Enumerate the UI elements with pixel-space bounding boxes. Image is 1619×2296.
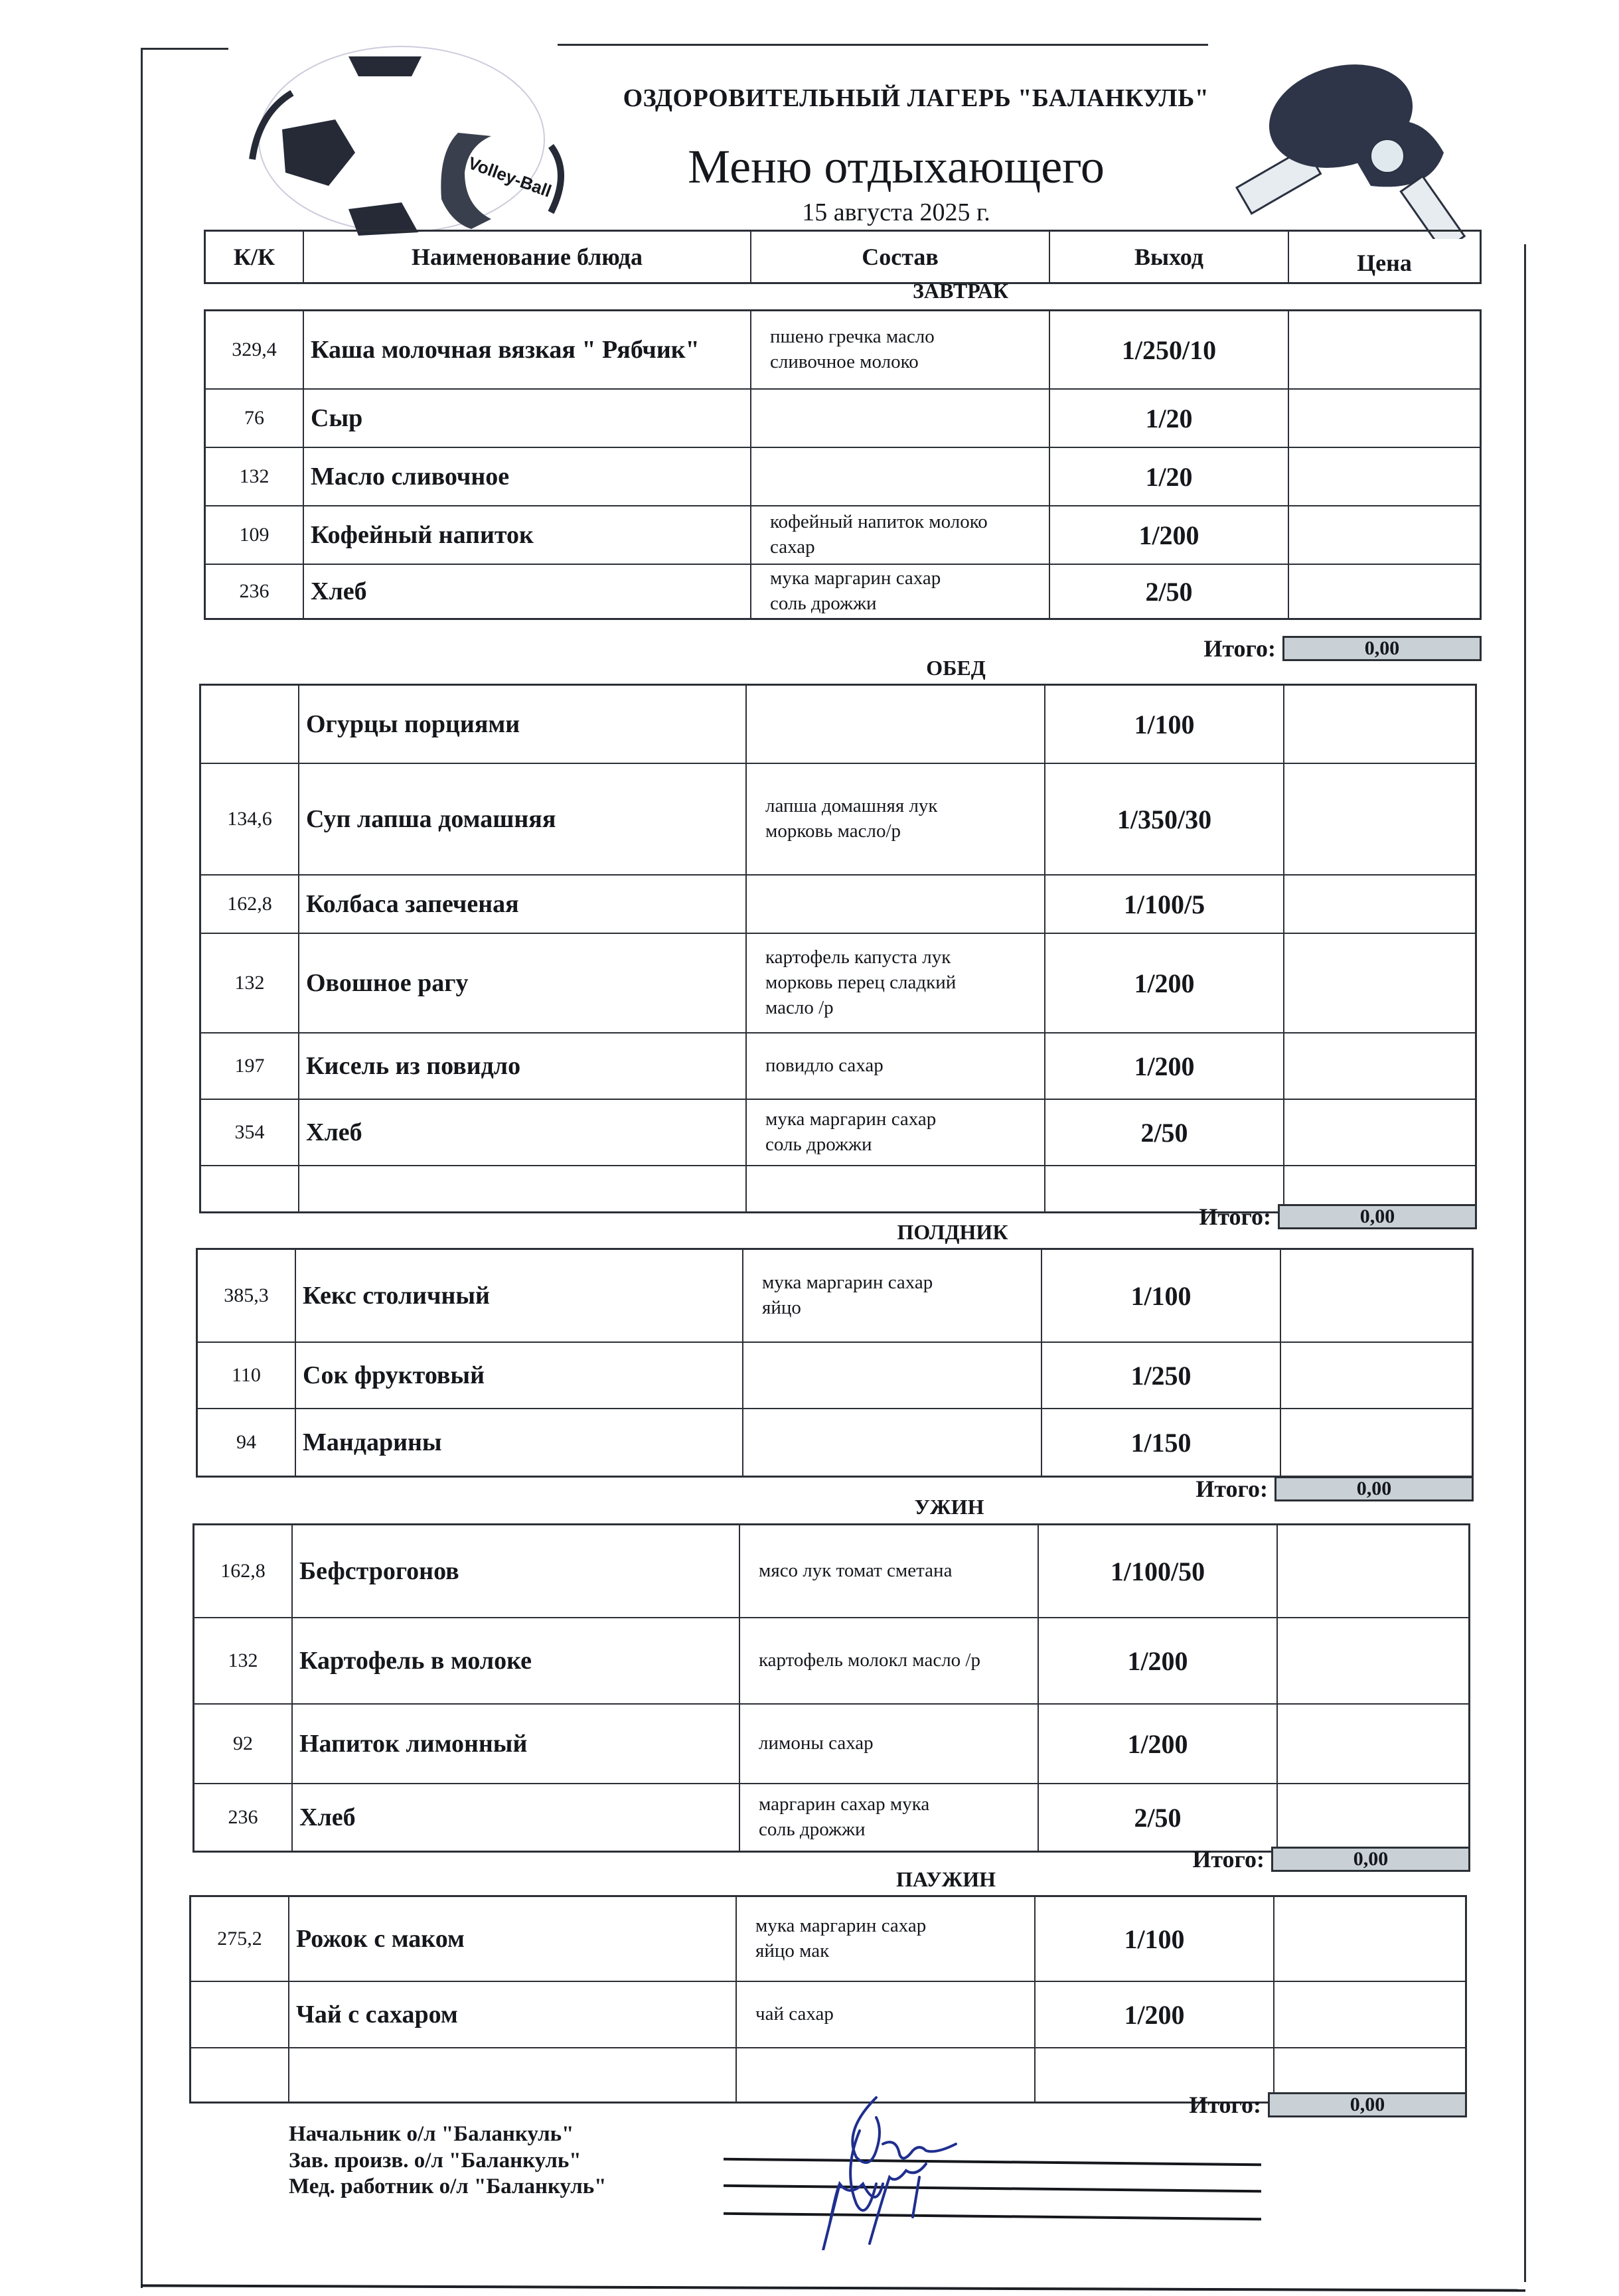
dish-price <box>1278 1784 1468 1851</box>
dish-composition: мясо лук томат сметана <box>740 1525 1039 1617</box>
total-label: Итого: <box>1162 2091 1268 2119</box>
page-title: Меню отдыхающего <box>597 139 1195 194</box>
table-row: 385,3Кекс столичныймука маргарин сахар я… <box>198 1250 1472 1343</box>
dish-composition: мука маргарин сахар соль дрожжи <box>747 1100 1045 1165</box>
total-value: 0,00 <box>1268 2092 1467 2117</box>
handwritten-signature-icon <box>783 2091 1082 2250</box>
table-row: 236Хлебмаргарин сахар мука соль дрожжи2/… <box>194 1784 1468 1851</box>
dish-code: 329,4 <box>206 311 304 388</box>
meal-section-title: ЗАВТРАК <box>861 279 1060 303</box>
page-frame-top <box>142 48 228 50</box>
dish-yield: 1/100/5 <box>1045 876 1284 933</box>
meal-table: 385,3Кекс столичныймука маргарин сахар я… <box>196 1248 1474 1478</box>
dish-name: Огурцы порциями <box>299 686 747 763</box>
dish-yield: 1/250/10 <box>1050 311 1289 388</box>
dish-yield: 1/100 <box>1042 1250 1281 1341</box>
signature-role-medic: Мед. работник о/л "Баланкуль" <box>289 2174 607 2200</box>
dish-name: Бефстрогонов <box>293 1525 740 1617</box>
dish-composition <box>743 1409 1042 1476</box>
ping-pong-paddles-icon <box>1231 53 1484 239</box>
dish-price <box>1281 1343 1472 1408</box>
page-frame-left <box>141 48 143 2288</box>
signature-block: Начальник о/л "Баланкуль" Зав. произв. о… <box>289 2121 607 2200</box>
dish-yield: 1/350/30 <box>1045 764 1284 874</box>
dish-code <box>201 686 299 763</box>
dish-yield: 1/200 <box>1045 1033 1284 1099</box>
table-row: 134,6Суп лапша домашняялапша домашняя лу… <box>201 764 1475 876</box>
dish-name: Сок фруктовый <box>296 1343 743 1408</box>
dish-code: 354 <box>201 1100 299 1165</box>
meal-section-title: УЖИН <box>850 1495 1049 1519</box>
table-row: 275,2Рожок с макоммука маргарин сахар яй… <box>191 1897 1465 1982</box>
dish-composition: мука маргарин сахар соль дрожжи <box>751 565 1050 618</box>
dish-name <box>289 2048 737 2102</box>
dish-name: Хлеб <box>299 1100 747 1165</box>
dish-composition <box>747 686 1045 763</box>
dish-name: Мандарины <box>296 1409 743 1476</box>
soccer-volleyball-logo-icon: Volley-Ball <box>239 40 597 239</box>
column-header-yield: Выход <box>1050 232 1289 282</box>
table-row: 197Кисель из повидлоповидло сахар1/200 <box>201 1033 1475 1100</box>
dish-price <box>1284 764 1475 874</box>
dish-code: 236 <box>206 565 304 618</box>
dish-name: Суп лапша домашняя <box>299 764 747 874</box>
dish-name: Кисель из повидло <box>299 1033 747 1099</box>
dish-price <box>1281 1250 1472 1341</box>
dish-code: 132 <box>206 448 304 505</box>
table-row: 354Хлебмука маргарин сахар соль дрожжи2/… <box>201 1100 1475 1166</box>
table-row: 236Хлебмука маргарин сахар соль дрожжи2/… <box>206 565 1480 618</box>
dish-price <box>1274 1982 1465 2047</box>
dish-price <box>1289 448 1480 505</box>
meal-total: Итого:0,00 <box>1176 635 1482 662</box>
dish-name: Каша молочная вязкая " Рябчик" <box>304 311 751 388</box>
dish-yield: 1/100 <box>1045 686 1284 763</box>
table-row: 76Сыр1/20 <box>206 390 1480 448</box>
dish-price <box>1278 1618 1468 1703</box>
dish-code: 94 <box>198 1409 296 1476</box>
dish-code: 109 <box>206 506 304 564</box>
total-label: Итого: <box>1168 1475 1274 1503</box>
dish-yield: 2/50 <box>1045 1100 1284 1165</box>
dish-yield: 1/200 <box>1039 1705 1278 1783</box>
dish-name <box>299 1166 747 1211</box>
dish-code: 132 <box>194 1618 293 1703</box>
meal-section-title: ОБЕД <box>856 656 1055 680</box>
dish-price <box>1289 390 1480 447</box>
dish-yield: 1/200 <box>1050 506 1289 564</box>
column-header-row: К/К Наименование блюда Состав Выход Цена <box>204 230 1482 284</box>
dish-yield: 2/50 <box>1039 1784 1278 1851</box>
dish-name: Хлеб <box>293 1784 740 1851</box>
dish-price <box>1281 1409 1472 1476</box>
dish-composition: мука маргарин сахар яйцо мак <box>737 1897 1036 1981</box>
table-row: 92Напиток лимонныйлимоны сахар1/200 <box>194 1705 1468 1784</box>
table-row: 162,8Бефстрогоновмясо лук томат сметана1… <box>194 1525 1468 1618</box>
dish-composition: кофейный напиток молоко сахар <box>751 506 1050 564</box>
dish-composition: пшено гречка масло сливочное молоко <box>751 311 1050 388</box>
camp-name: ОЗДОРОВИТЕЛЬНЫЙ ЛАГЕРЬ "БАЛАНКУЛЬ" <box>617 84 1215 113</box>
dish-code: 110 <box>198 1343 296 1408</box>
total-value: 0,00 <box>1274 1476 1474 1501</box>
dish-code <box>191 1982 289 2047</box>
dish-yield: 1/200 <box>1036 1982 1274 2047</box>
dish-name: Кофейный напиток <box>304 506 751 564</box>
table-row: 94Мандарины1/150 <box>198 1409 1472 1476</box>
total-value: 0,00 <box>1271 1847 1470 1872</box>
dish-price <box>1284 686 1475 763</box>
dish-name: Рожок с маком <box>289 1897 737 1981</box>
dish-yield: 2/50 <box>1050 565 1289 618</box>
dish-name: Чай с сахаром <box>289 1982 737 2047</box>
dish-price <box>1278 1705 1468 1783</box>
dish-name: Кекс столичный <box>296 1250 743 1341</box>
dish-composition <box>743 1343 1042 1408</box>
meal-table: 329,4Каша молочная вязкая " Рябчик"пшено… <box>204 309 1482 620</box>
dish-code: 92 <box>194 1705 293 1783</box>
dish-yield: 1/150 <box>1042 1409 1281 1476</box>
dish-name: Напиток лимонный <box>293 1705 740 1783</box>
dish-name: Картофель в молоке <box>293 1618 740 1703</box>
dish-code: 132 <box>201 934 299 1032</box>
dish-price <box>1274 1897 1465 1981</box>
dish-code: 76 <box>206 390 304 447</box>
dish-composition: мука маргарин сахар яйцо <box>743 1250 1042 1341</box>
column-header-price: Цена <box>1289 232 1480 282</box>
dish-yield: 1/100 <box>1036 1897 1274 1981</box>
dish-price <box>1284 1100 1475 1165</box>
column-header-code: К/К <box>206 232 304 282</box>
table-row: 162,8Колбаса запеченая1/100/5 <box>201 876 1475 934</box>
dish-price <box>1284 934 1475 1032</box>
meal-section-title: ПАУЖИН <box>846 1867 1045 1892</box>
dish-price <box>1284 1033 1475 1099</box>
table-row: 329,4Каша молочная вязкая " Рябчик"пшено… <box>206 311 1480 390</box>
meal-total: Итого:0,00 <box>1168 1475 1474 1503</box>
dish-composition: картофель молокл масло /р <box>740 1618 1039 1703</box>
dish-composition: картофель капуста лук морковь перец слад… <box>747 934 1045 1032</box>
table-row: 110Сок фруктовый1/250 <box>198 1343 1472 1409</box>
table-row: 132Масло сливочное1/20 <box>206 448 1480 506</box>
table-row: Огурцы порциями1/100 <box>201 686 1475 764</box>
table-row: Чай с сахаромчай сахар1/200 <box>191 1982 1465 2048</box>
dish-code <box>191 2048 289 2102</box>
column-header-name: Наименование блюда <box>304 232 751 282</box>
meal-table: 162,8Бефстрогоновмясо лук томат сметана1… <box>193 1523 1470 1853</box>
dish-price <box>1284 876 1475 933</box>
dish-price <box>1278 1525 1468 1617</box>
total-label: Итого: <box>1176 635 1282 662</box>
dish-name: Сыр <box>304 390 751 447</box>
meal-total: Итого:0,00 <box>1162 2091 1467 2119</box>
signature-role-production: Зав. произв. о/л "Баланкуль" <box>289 2148 607 2175</box>
dish-price <box>1289 565 1480 618</box>
dish-name: Хлеб <box>304 565 751 618</box>
dish-yield: 1/100/50 <box>1039 1525 1278 1617</box>
dish-yield: 1/250 <box>1042 1343 1281 1408</box>
dish-composition: чай сахар <box>737 1982 1036 2047</box>
dish-code: 275,2 <box>191 1897 289 1981</box>
dish-composition <box>751 448 1050 505</box>
dish-composition: лапша домашняя лук морковь масло/р <box>747 764 1045 874</box>
table-row: 132Картофель в молокекартофель молокл ма… <box>194 1618 1468 1705</box>
dish-composition <box>747 876 1045 933</box>
dish-name: Масло сливочное <box>304 448 751 505</box>
page-frame-top <box>558 44 1208 46</box>
dish-code <box>201 1166 299 1211</box>
total-value: 0,00 <box>1282 636 1482 661</box>
meal-table: Огурцы порциями1/100134,6Суп лапша домаш… <box>199 684 1477 1213</box>
dish-name: Колбаса запеченая <box>299 876 747 933</box>
table-row: 109Кофейный напитоккофейный напиток моло… <box>206 506 1480 565</box>
total-label: Итого: <box>1172 1203 1278 1231</box>
dish-code: 162,8 <box>194 1525 293 1617</box>
dish-yield: 1/200 <box>1045 934 1284 1032</box>
page-frame-bottom <box>141 2284 1525 2291</box>
meal-table: 275,2Рожок с макоммука маргарин сахар яй… <box>189 1895 1467 2104</box>
dish-composition: лимоны сахар <box>740 1705 1039 1783</box>
dish-code: 236 <box>194 1784 293 1851</box>
dish-name: Овошное рагу <box>299 934 747 1032</box>
page-frame-right <box>1524 244 1526 2282</box>
meal-total: Итого:0,00 <box>1172 1203 1477 1231</box>
dish-composition <box>751 390 1050 447</box>
dish-code: 385,3 <box>198 1250 296 1341</box>
meal-total: Итого:0,00 <box>1165 1845 1470 1873</box>
dish-price <box>1289 311 1480 388</box>
table-row: 132Овошное рагукартофель капуста лук мор… <box>201 934 1475 1033</box>
total-label: Итого: <box>1165 1845 1271 1873</box>
signature-role-head: Начальник о/л "Баланкуль" <box>289 2121 607 2148</box>
dish-composition: повидло сахар <box>747 1033 1045 1099</box>
dish-code: 162,8 <box>201 876 299 933</box>
dish-price <box>1289 506 1480 564</box>
dish-composition <box>747 1166 1045 1211</box>
column-header-composition: Состав <box>751 232 1050 282</box>
meal-section-title: ПОЛДНИК <box>853 1220 1052 1245</box>
dish-code: 134,6 <box>201 764 299 874</box>
dish-yield: 1/20 <box>1050 448 1289 505</box>
menu-date: 15 августа 2025 г. <box>597 198 1195 227</box>
dish-yield: 1/20 <box>1050 390 1289 447</box>
dish-composition: маргарин сахар мука соль дрожжи <box>740 1784 1039 1851</box>
dish-yield: 1/200 <box>1039 1618 1278 1703</box>
dish-code: 197 <box>201 1033 299 1099</box>
total-value: 0,00 <box>1278 1204 1477 1229</box>
